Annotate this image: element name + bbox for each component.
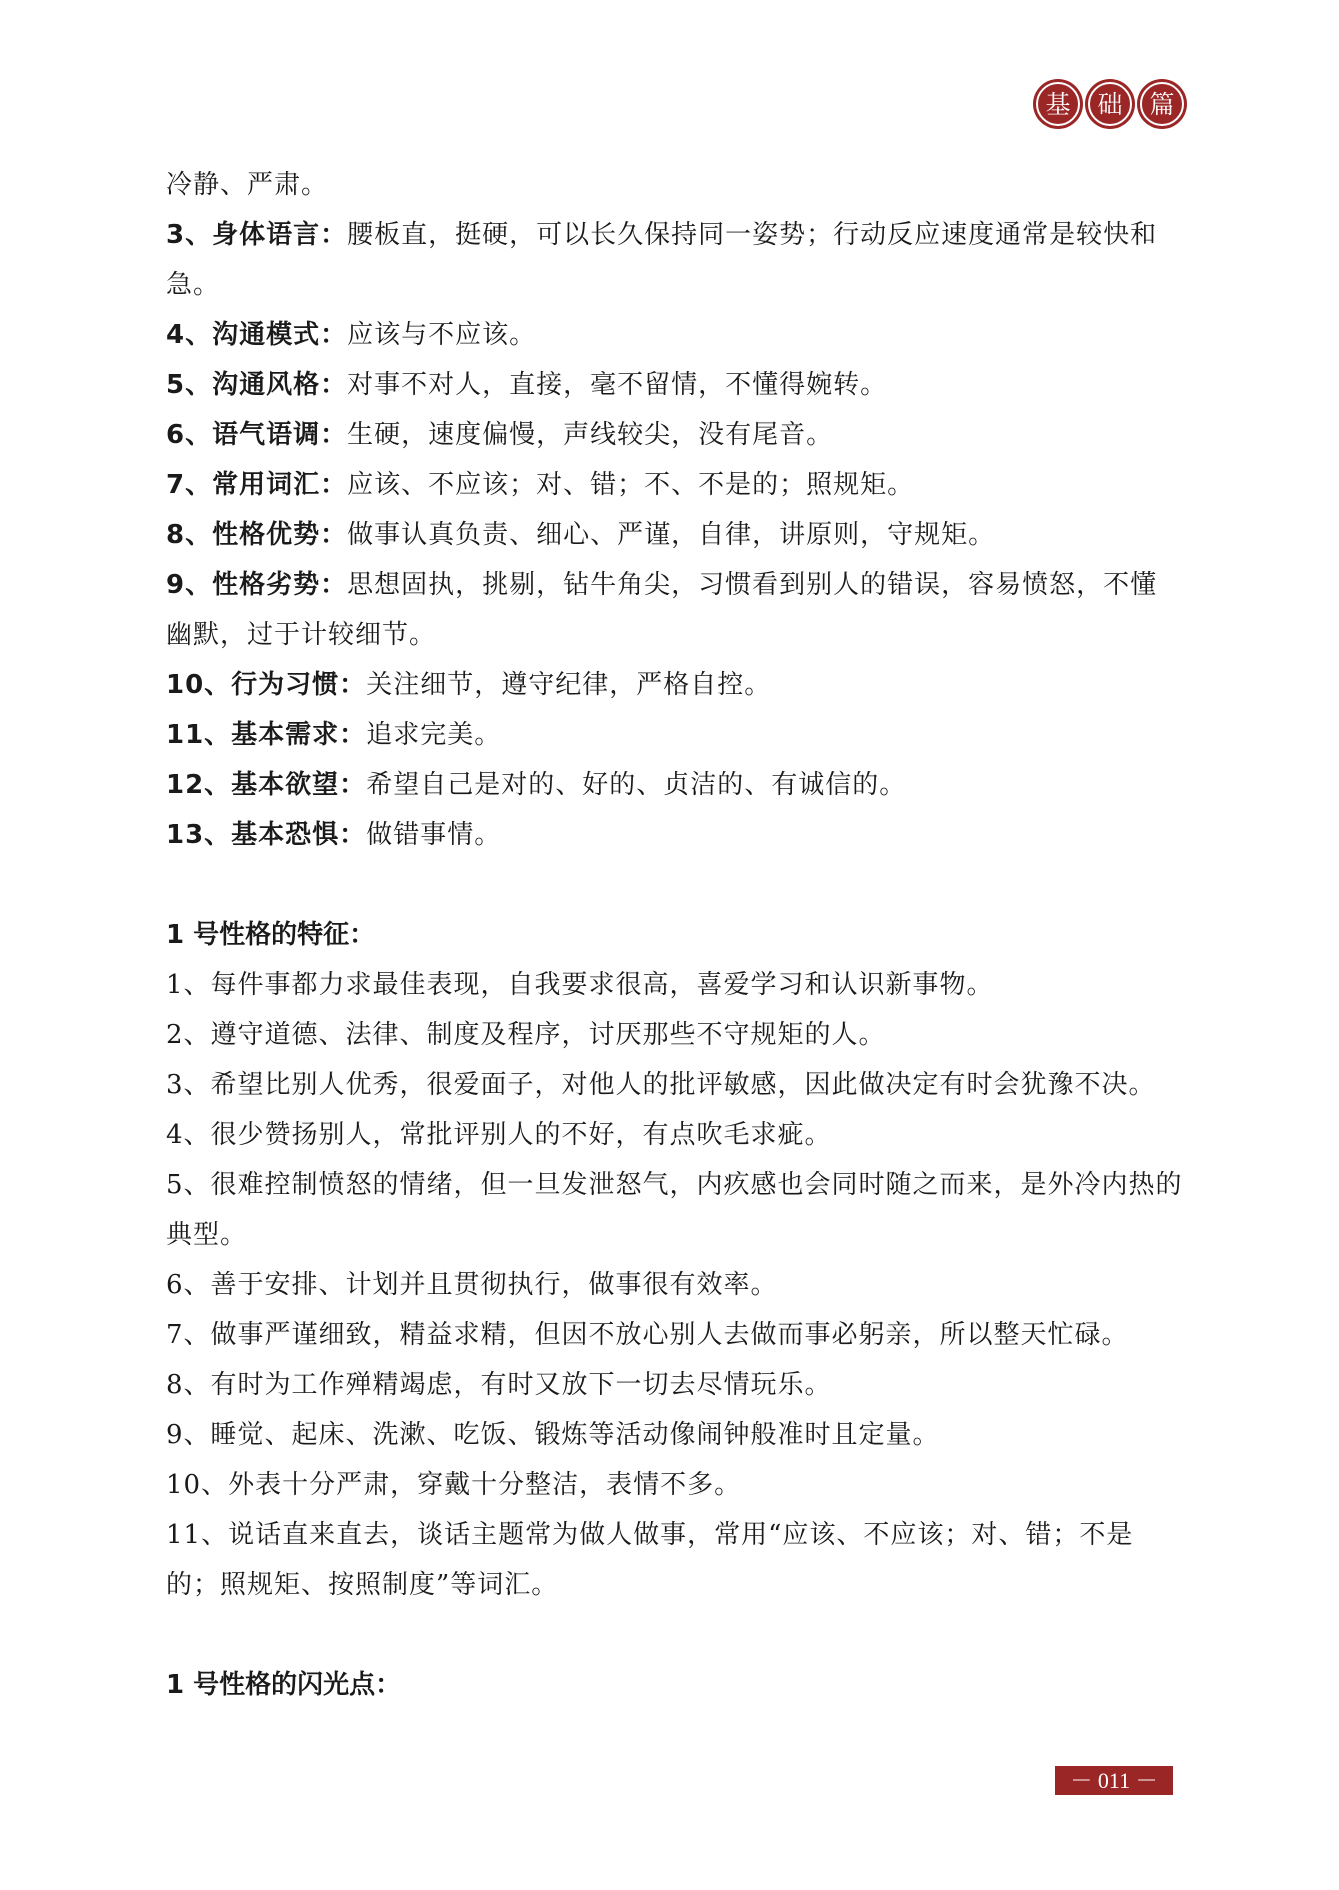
badge-char: 础 [1097,92,1122,117]
attribute-label: 4、沟通模式： [166,320,347,350]
attribute-label: 8、性格优势： [166,520,347,550]
attribute-label: 6、语气语调： [166,420,347,450]
features-title: 1 号性格的特征： [166,910,1184,960]
attribute-text: 应该与不应该。 [347,320,536,350]
attribute-item: 9、性格劣势：思想固执，挑剔，钻牛角尖，习惯看到别人的错误，容易愤怒，不懂幽默，… [166,560,1184,660]
feature-item: 8、有时为工作殚精竭虑，有时又放下一切去尽情玩乐。 [166,1360,1184,1410]
feature-item: 1、每件事都力求最佳表现，自我要求很高，喜爱学习和认识新事物。 [166,960,1184,1010]
attribute-label: 11、基本需求： [166,720,366,750]
feature-item: 11、说话直来直去，谈话主题常为做人做事，常用“应该、不应该；对、错；不是的；照… [166,1510,1184,1610]
attribute-text: 做错事情。 [366,820,501,850]
attribute-label: 7、常用词汇： [166,470,347,500]
spacer [166,1610,1184,1660]
attribute-text: 生硬，速度偏慢，声线较尖，没有尾音。 [347,420,833,450]
attribute-text: 关注细节，遵守纪律，严格自控。 [366,670,771,700]
feature-item: 10、外表十分严肃，穿戴十分整洁，表情不多。 [166,1460,1184,1510]
badge-chu: 础 [1085,79,1135,129]
attribute-text: 希望自己是对的、好的、贞洁的、有诚信的。 [366,770,906,800]
attribute-text: 对事不对人，直接，毫不留情，不懂得婉转。 [347,370,887,400]
attribute-label: 9、性格劣势： [166,570,347,600]
badge-ji: 基 [1033,79,1083,129]
attribute-item: 11、基本需求：追求完美。 [166,710,1184,760]
continuation-text: 冷静、严肃。 [166,160,1184,210]
badge-pian: 篇 [1137,79,1187,129]
attribute-text: 应该、不应该；对、错；不、不是的；照规矩。 [347,470,914,500]
section-badges: 基 础 篇 [1033,79,1187,129]
badge-char: 基 [1045,92,1070,117]
attribute-item: 6、语气语调：生硬，速度偏慢，声线较尖，没有尾音。 [166,410,1184,460]
attribute-label: 3、身体语言： [166,220,347,250]
feature-item: 3、希望比别人优秀，很爱面子，对他人的批评敏感，因此做决定有时会犹豫不决。 [166,1060,1184,1110]
attribute-item: 4、沟通模式：应该与不应该。 [166,310,1184,360]
feature-item: 7、做事严谨细致，精益求精，但因不放心别人去做而事必躬亲，所以整天忙碌。 [166,1310,1184,1360]
feature-item: 4、很少赞扬别人，常批评别人的不好，有点吹毛求疵。 [166,1110,1184,1160]
feature-item: 5、很难控制愤怒的情绪，但一旦发泄怒气，内疚感也会同时随之而来，是外冷内热的典型… [166,1160,1184,1260]
attribute-label: 12、基本欲望： [166,770,366,800]
page-content: 冷静、严肃。 3、身体语言：腰板直，挺硬，可以长久保持同一姿势；行动反应速度通常… [166,160,1184,1710]
attribute-label: 5、沟通风格： [166,370,347,400]
attribute-label: 10、行为习惯： [166,670,366,700]
attribute-item: 7、常用词汇：应该、不应该；对、错；不、不是的；照规矩。 [166,460,1184,510]
attribute-item: 8、性格优势：做事认真负责、细心、严谨，自律，讲原则，守规矩。 [166,510,1184,560]
attribute-text: 追求完美。 [366,720,501,750]
feature-item: 2、遵守道德、法律、制度及程序，讨厌那些不守规矩的人。 [166,1010,1184,1060]
page-number: － 011 － [1055,1766,1173,1795]
highlights-title: 1 号性格的闪光点： [166,1660,1184,1710]
attribute-text: 做事认真负责、细心、严谨，自律，讲原则，守规矩。 [347,520,995,550]
attribute-item: 13、基本恐惧：做错事情。 [166,810,1184,860]
attribute-item: 5、沟通风格：对事不对人，直接，毫不留情，不懂得婉转。 [166,360,1184,410]
attribute-item: 12、基本欲望：希望自己是对的、好的、贞洁的、有诚信的。 [166,760,1184,810]
feature-item: 6、善于安排、计划并且贯彻执行，做事很有效率。 [166,1260,1184,1310]
spacer [166,860,1184,910]
attribute-item: 3、身体语言：腰板直，挺硬，可以长久保持同一姿势；行动反应速度通常是较快和急。 [166,210,1184,310]
badge-char: 篇 [1149,92,1174,117]
attribute-label: 13、基本恐惧： [166,820,366,850]
attribute-item: 10、行为习惯：关注细节，遵守纪律，严格自控。 [166,660,1184,710]
feature-item: 9、睡觉、起床、洗漱、吃饭、锻炼等活动像闹钟般准时且定量。 [166,1410,1184,1460]
